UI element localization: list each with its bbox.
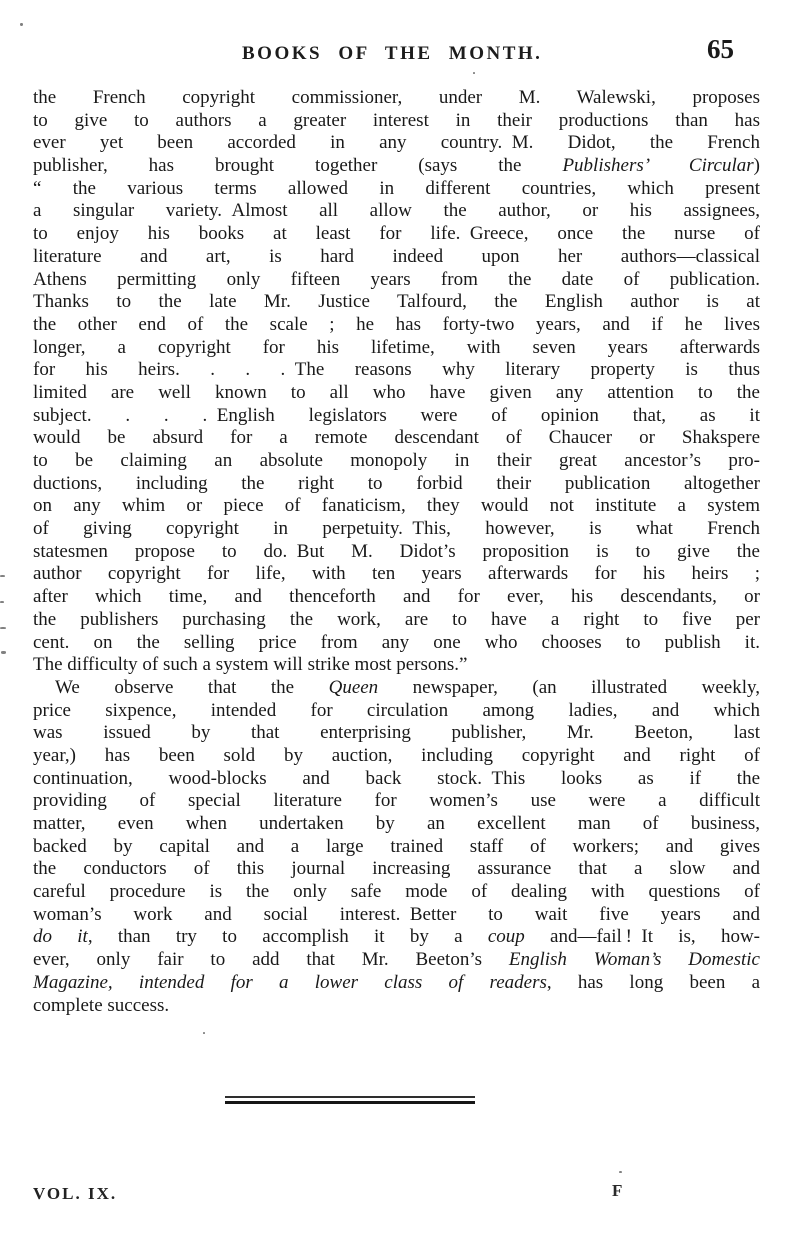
- text-run: ever, only fair to add that Mr. Beeton’s: [33, 949, 509, 970]
- text-run: Athens permitting only fifteen years fro…: [33, 269, 760, 290]
- text-run: year,) has been sold by auction, includi…: [33, 745, 760, 766]
- text-line: providing of special literature for wome…: [33, 790, 760, 813]
- text-run: complete success.: [33, 995, 169, 1016]
- scan-speck: [619, 1171, 622, 1173]
- text-line: cent. on the selling price from any one …: [33, 632, 760, 655]
- text-line: for his heirs. . . . The reasons why lit…: [33, 359, 760, 382]
- printers-signature-mark: F: [612, 1181, 622, 1201]
- text-run: matter, even when undertaken by an excel…: [33, 813, 760, 834]
- text-run: and—fail ! It is, how-: [525, 926, 760, 947]
- text-run: ): [754, 155, 760, 176]
- text-run: , has long been a: [547, 972, 760, 993]
- text-line: the conductors of this journal increasin…: [33, 858, 760, 881]
- text-run: the other end of the scale ; he has fort…: [33, 314, 760, 335]
- text-line: was issued by that enterprising publishe…: [33, 722, 760, 745]
- text-run: limited are well known to all who have g…: [33, 382, 760, 403]
- text-line: literature and art, is hard indeed upon …: [33, 246, 760, 269]
- text-run: longer, a copyright for his lifetime, wi…: [33, 337, 760, 358]
- text-run: the publishers purchasing the work, are …: [33, 609, 760, 630]
- text-line: of giving copyright in perpetuity. This,…: [33, 518, 760, 541]
- text-line: ever yet been accorded in any country. M…: [33, 132, 760, 155]
- text-line: longer, a copyright for his lifetime, wi…: [33, 337, 760, 360]
- page-number: 65: [707, 34, 734, 65]
- text-run: backed by capital and a large trained st…: [33, 836, 760, 857]
- text-line: statesmen propose to do. But M. Didot’s …: [33, 541, 760, 564]
- text-line: backed by capital and a large trained st…: [33, 836, 760, 859]
- text-line: Athens permitting only fifteen years fro…: [33, 269, 760, 292]
- italic-text-run: Publishers’ Circular: [562, 155, 753, 176]
- scan-speck: [473, 72, 475, 74]
- text-line: ever, only fair to add that Mr. Beeton’s…: [33, 949, 760, 972]
- text-line: publisher, has brought together (says th…: [33, 155, 760, 178]
- italic-text-run: English Woman’s Domestic: [509, 949, 760, 970]
- text-line: author copyright for life, with ten year…: [33, 563, 760, 586]
- text-run: would be absurd for a remote descendant …: [33, 427, 760, 448]
- text-run: subject. . . . English legislators were …: [33, 405, 760, 426]
- text-run: newspaper, (an illustrated weekly,: [378, 677, 760, 698]
- volume-label: VOL. IX.: [33, 1184, 117, 1204]
- scan-speck: [203, 1032, 205, 1034]
- text-run: for his heirs. . . . The reasons why lit…: [33, 359, 760, 380]
- text-line: would be absurd for a remote descendant …: [33, 427, 760, 450]
- text-line: after which time, and thenceforth and fo…: [33, 586, 760, 609]
- text-run: a singular variety. Almost all allow the…: [33, 200, 760, 221]
- text-line: to enjoy his books at least for life. Gr…: [33, 223, 760, 246]
- text-run: the conductors of this journal increasin…: [33, 858, 760, 879]
- text-line: the French copyright commissioner, under…: [33, 87, 760, 110]
- section-divider-rule: [225, 1096, 475, 1104]
- scan-speck: [1, 651, 6, 654]
- text-run: to enjoy his books at least for life. Gr…: [33, 223, 760, 244]
- text-line: do it, than try to accomplish it by a co…: [33, 926, 760, 949]
- text-line: limited are well known to all who have g…: [33, 382, 760, 405]
- text-run: woman’s work and social interest. Better…: [33, 904, 760, 925]
- text-line: We observe that the Queen newspaper, (an…: [33, 677, 760, 700]
- text-line: matter, even when undertaken by an excel…: [33, 813, 760, 836]
- text-line: price sixpence, intended for circulation…: [33, 700, 760, 723]
- text-line: year,) has been sold by auction, includi…: [33, 745, 760, 768]
- text-run: on any whim or piece of fanaticism, they…: [33, 495, 760, 516]
- text-line: to give to authors a greater interest in…: [33, 110, 760, 133]
- text-run: cent. on the selling price from any one …: [33, 632, 760, 653]
- italic-text-run: Magazine, intended for a lower class of …: [33, 972, 547, 993]
- text-line: ductions, including the right to forbid …: [33, 473, 760, 496]
- text-run: the French copyright commissioner, under…: [33, 87, 760, 108]
- scanned-book-page: BOOKS OF THE MONTH. 65 the French copyri…: [0, 0, 794, 1251]
- text-run: We observe that the: [55, 677, 329, 698]
- text-line: to be claiming an absolute monopoly in t…: [33, 450, 760, 473]
- running-head-title: BOOKS OF THE MONTH.: [242, 43, 542, 65]
- text-line: the other end of the scale ; he has fort…: [33, 314, 760, 337]
- text-line: woman’s work and social interest. Better…: [33, 904, 760, 927]
- text-line: The difficulty of such a system will str…: [33, 654, 760, 677]
- text-block: the French copyright commissioner, under…: [33, 87, 760, 1017]
- text-run: price sixpence, intended for circulation…: [33, 700, 760, 721]
- scan-speck: [529, 56, 532, 59]
- text-run: was issued by that enterprising publishe…: [33, 722, 760, 743]
- text-run: author copyright for life, with ten year…: [33, 563, 760, 584]
- text-run: after which time, and thenceforth and fo…: [33, 586, 760, 607]
- text-line: a singular variety. Almost all allow the…: [33, 200, 760, 223]
- text-line: on any whim or piece of fanaticism, they…: [33, 495, 760, 518]
- text-run: statesmen propose to do. But M. Didot’s …: [33, 541, 760, 562]
- text-line: Magazine, intended for a lower class of …: [33, 972, 760, 995]
- text-run: providing of special literature for wome…: [33, 790, 760, 811]
- text-run: , than try to accomplish it by a: [88, 926, 488, 947]
- text-run: ductions, including the right to forbid …: [33, 473, 760, 494]
- text-run: “ the various terms allowed in different…: [33, 178, 760, 199]
- italic-text-run: do it: [33, 926, 88, 947]
- text-run: to be claiming an absolute monopoly in t…: [33, 450, 760, 471]
- text-line: “ the various terms allowed in different…: [33, 178, 760, 201]
- text-run: The difficulty of such a system will str…: [33, 654, 467, 675]
- text-run: publisher, has brought together (says th…: [33, 155, 562, 176]
- italic-text-run: Queen: [329, 677, 379, 698]
- text-run: continuation, wood-blocks and back stock…: [33, 768, 760, 789]
- text-line: continuation, wood-blocks and back stock…: [33, 768, 760, 791]
- text-run: literature and art, is hard indeed upon …: [33, 246, 760, 267]
- text-run: Thanks to the late Mr. Justice Talfourd,…: [33, 291, 760, 312]
- scan-speck: [0, 575, 5, 577]
- text-run: ever yet been accorded in any country. M…: [33, 132, 760, 153]
- scan-speck: [0, 601, 4, 603]
- scan-speck: [20, 23, 23, 26]
- text-run: of giving copyright in perpetuity. This,…: [33, 518, 760, 539]
- text-run: to give to authors a greater interest in…: [33, 110, 760, 131]
- text-run: careful procedure is the only safe mode …: [33, 881, 760, 902]
- text-line: careful procedure is the only safe mode …: [33, 881, 760, 904]
- italic-text-run: coup: [488, 926, 525, 947]
- text-line: Thanks to the late Mr. Justice Talfourd,…: [33, 291, 760, 314]
- text-line: the publishers purchasing the work, are …: [33, 609, 760, 632]
- text-line: subject. . . . English legislators were …: [33, 405, 760, 428]
- scan-speck: [0, 627, 6, 629]
- text-line: complete success.: [33, 995, 760, 1018]
